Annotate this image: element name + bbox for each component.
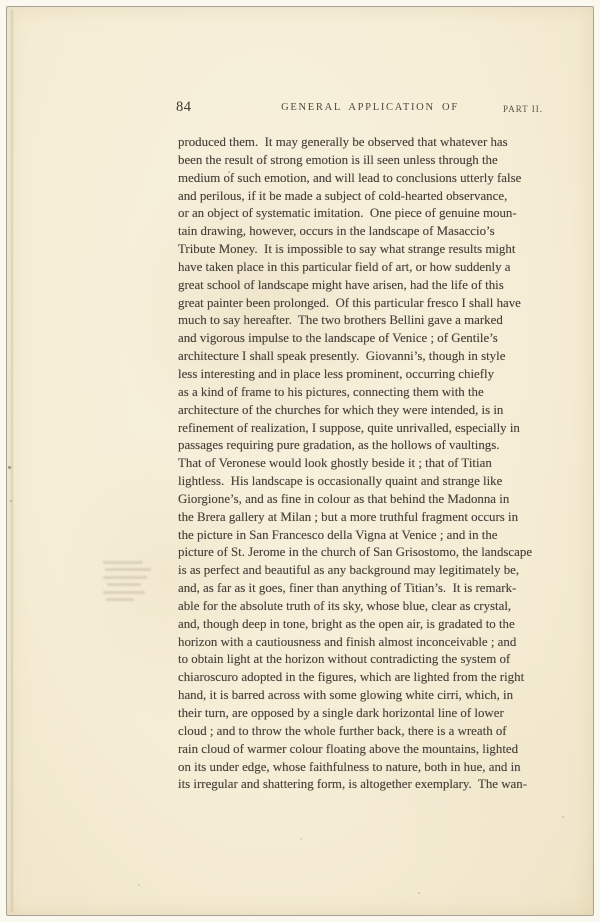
body-text-line: architecture of the churches for which t…: [178, 402, 572, 420]
body-text-line: passages requiring pure gradation, as th…: [178, 437, 572, 455]
showthrough-line: [106, 598, 134, 601]
showthrough-line: [107, 583, 141, 586]
part-label: PART II.: [503, 104, 543, 114]
body-text-line: been the result of strong emotion is ill…: [178, 152, 572, 170]
body-text-line: have taken place in this particular fiel…: [178, 259, 572, 277]
running-title: GENERAL APPLICATION OF: [281, 102, 459, 113]
body-text-line: as a kind of frame to his pictures, conn…: [178, 384, 572, 402]
showthrough-line: [103, 576, 147, 579]
body-text-line: medium of such emotion, and will lead to…: [178, 170, 572, 188]
scanned-book-page: 84 GENERAL APPLICATION OF PART II. produ…: [0, 0, 600, 922]
body-text-line: refinement of realization, I suppose, qu…: [178, 420, 572, 438]
paper-speck: [138, 884, 140, 886]
body-text-line: is as perfect and beautiful as any backg…: [178, 562, 572, 580]
body-text-line: the Brera gallery at Milan ; but a more …: [178, 509, 572, 527]
paper-speck: [562, 816, 564, 818]
body-text-line: chiaroscuro adopted in the figures, whic…: [178, 669, 572, 687]
body-text-line: on its under edge, whose faithfulness to…: [178, 759, 572, 777]
body-text-line: and perilous, if it be made a subject of…: [178, 188, 572, 206]
body-text-line: or an object of systematic imitation. On…: [178, 205, 572, 223]
paper-speck: [8, 466, 11, 469]
body-text: produced them. It may generally be obser…: [178, 134, 572, 794]
paper-speck: [300, 838, 302, 840]
page-edge-line: [11, 10, 13, 912]
showthrough-line: [103, 561, 143, 564]
body-text-line: the picture in San Francesco della Vigna…: [178, 527, 572, 545]
body-text-line: to obtain light at the horizon without c…: [178, 651, 572, 669]
body-text-line: less interesting and in place less promi…: [178, 366, 572, 384]
body-text-line: architecture I shall speak presently. Gi…: [178, 348, 572, 366]
page-number: 84: [176, 99, 192, 116]
body-text-line: and vigorous impulse to the landscape of…: [178, 330, 572, 348]
body-text-line: much to say hereafter. The two brothers …: [178, 312, 572, 330]
body-text-line: its irregular and shattering form, is al…: [178, 776, 572, 794]
body-text-line: and, as far as it goes, finer than anyth…: [178, 580, 572, 598]
showthrough-line: [103, 591, 145, 594]
body-text-line: tain drawing, however, occurs in the lan…: [178, 223, 572, 241]
showthrough-line: [105, 568, 151, 571]
body-text-line: cloud ; and to throw the whole further b…: [178, 723, 572, 741]
body-text-line: produced them. It may generally be obser…: [178, 134, 572, 152]
body-text-line: Tribute Money. It is impossible to say w…: [178, 241, 572, 259]
body-text-line: Giorgione’s, and as fine in colour as th…: [178, 491, 572, 509]
body-text-line: great painter been prolonged. Of this pa…: [178, 295, 572, 313]
page-showthrough-note: [103, 561, 151, 605]
body-text-line: rain cloud of warmer colour floating abo…: [178, 741, 572, 759]
body-text-line: able for the absolute truth of its sky, …: [178, 598, 572, 616]
paper-speck: [466, 214, 468, 216]
body-text-line: great school of landscape might have ari…: [178, 277, 572, 295]
body-text-line: That of Veronese would look ghostly besi…: [178, 455, 572, 473]
body-text-line: their turn, are opposed by a single dark…: [178, 705, 572, 723]
body-text-line: and, though deep in tone, bright as the …: [178, 616, 572, 634]
body-text-line: horizon with a cautiousness and finish a…: [178, 634, 572, 652]
paper-speck: [228, 171, 230, 173]
body-text-line: picture of St. Jerome in the church of S…: [178, 544, 572, 562]
body-text-line: hand, it is barred across with some glow…: [178, 687, 572, 705]
paper-speck: [10, 500, 12, 502]
body-text-line: lightless. His landscape is occasionally…: [178, 473, 572, 491]
paper-speck: [418, 892, 420, 894]
